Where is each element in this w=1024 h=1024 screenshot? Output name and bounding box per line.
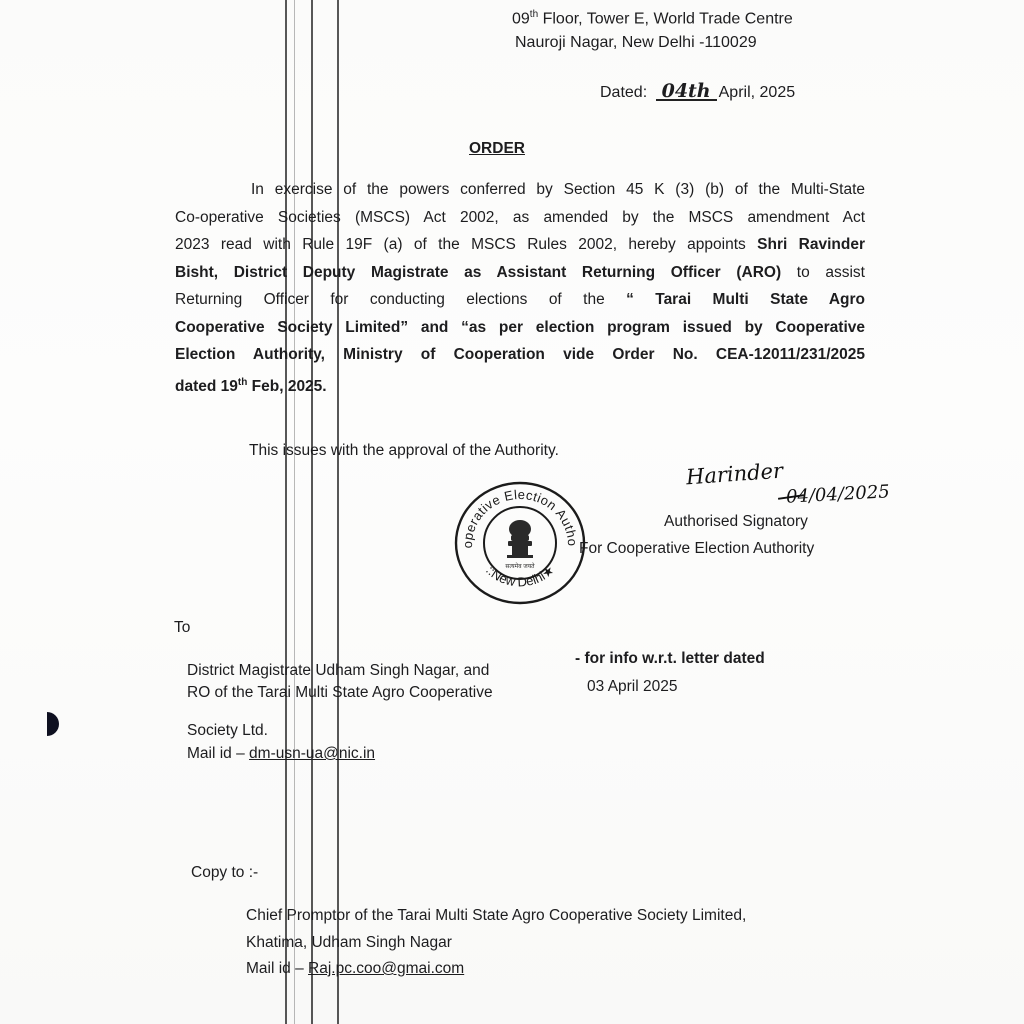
- copy-to-email-link[interactable]: Raj.pc.coo@gmai.com: [308, 960, 464, 977]
- recipient-line: Society Ltd.: [187, 720, 268, 742]
- approval-statement: This issues with the approval of the Aut…: [249, 442, 559, 460]
- order-body-line: Election Authority, Ministry of Cooperat…: [175, 341, 865, 369]
- signatory-organisation: For Cooperative Election Authority: [579, 540, 814, 558]
- dated-month-year: April, 2025: [719, 84, 796, 101]
- official-seal-stamp: Cooperative Election Authority ::New Del…: [452, 479, 588, 607]
- signatory-designation: Authorised Signatory: [664, 513, 808, 531]
- copy-to-line: Chief Promptor of the Tarai Multi State …: [246, 907, 746, 925]
- copy-to-label: Copy to :-: [191, 864, 258, 882]
- copy-to-line: Khatima, Udham Singh Nagar: [246, 934, 452, 952]
- svg-text:सत्यमेव जयते: सत्यमेव जयते: [505, 562, 535, 570]
- scanned-document-page: 09th Floor, Tower E, World Trade Centre …: [0, 0, 1024, 1024]
- mail-label: Mail id –: [187, 745, 249, 762]
- handwritten-day: 04th: [656, 83, 717, 101]
- scan-artifact-line: [294, 0, 295, 1024]
- dated-label: Dated:: [600, 84, 647, 101]
- order-body-line: dated 19th Feb, 2025.: [175, 369, 865, 401]
- signature-date: 04/04/2025: [786, 481, 891, 507]
- order-body-line: 2023 read with Rule 19F (a) of the MSCS …: [175, 231, 865, 259]
- date-line: Dated: 04thApril, 2025: [600, 83, 795, 102]
- national-emblem-icon: [507, 520, 533, 558]
- order-body-line: Bisht, District Deputy Magistrate as Ass…: [175, 259, 865, 287]
- info-note: - for info w.r.t. letter dated: [575, 650, 765, 668]
- order-body-line: Returning Officer for conducting electio…: [175, 286, 865, 314]
- handwritten-signature: Harinder: [685, 459, 783, 490]
- scan-artifact-line: [337, 0, 339, 1024]
- order-title: ORDER: [469, 140, 525, 158]
- order-body-line: Co-operative Societies (MSCS) Act 2002, …: [175, 204, 865, 232]
- order-body-line: Cooperative Society Limited” and “as per…: [175, 314, 865, 342]
- recipient-email-link[interactable]: dm-usn-ua@nic.in: [249, 745, 375, 762]
- to-label: To: [174, 619, 190, 637]
- recipient-line: District Magistrate Udham Singh Nagar, a…: [187, 660, 489, 682]
- scan-artifact-line: [311, 0, 313, 1024]
- info-note-date: 03 April 2025: [587, 678, 678, 696]
- address-line-1: 09th Floor, Tower E, World Trade Centre: [512, 9, 793, 28]
- recipient-mail-line: Mail id – dm-usn-ua@nic.in: [187, 743, 375, 765]
- mail-label: Mail id –: [246, 960, 308, 977]
- scan-artifact-line: [285, 0, 287, 1024]
- address-line-2: Nauroji Nagar, New Delhi -110029: [515, 34, 757, 52]
- recipient-line: RO of the Tarai Multi State Agro Coopera…: [187, 682, 493, 704]
- copy-to-mail-line: Mail id – Raj.pc.coo@gmai.com: [246, 960, 464, 978]
- order-body-paragraph: In exercise of the powers conferred by S…: [175, 176, 865, 400]
- punch-hole-mark: [47, 712, 59, 736]
- order-body-line: In exercise of the powers conferred by S…: [175, 176, 865, 204]
